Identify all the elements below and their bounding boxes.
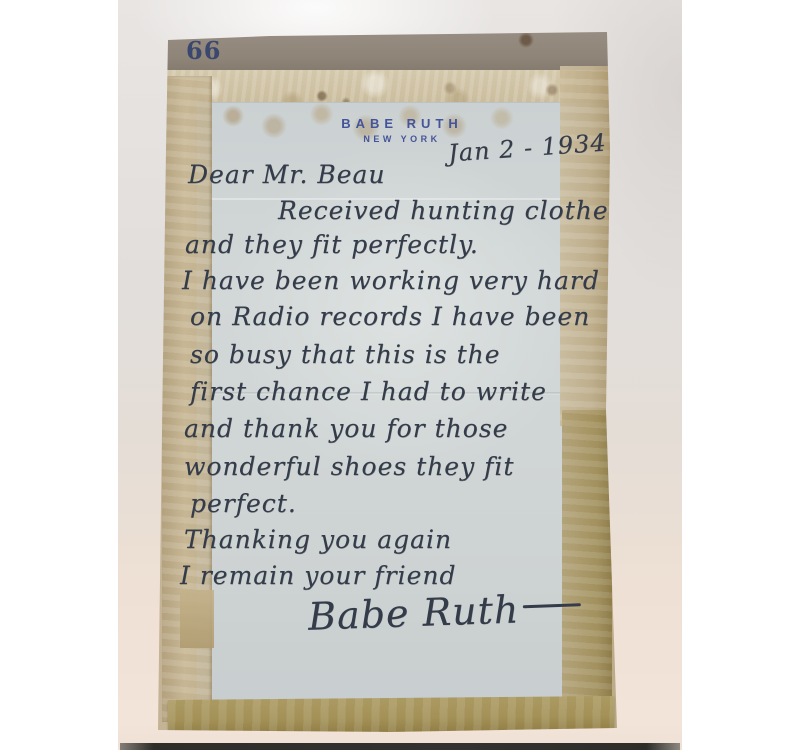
page-number: 66 <box>186 36 221 65</box>
letter-line: so busy that this is the <box>190 340 501 369</box>
letter-line: and thank you for those <box>184 414 508 443</box>
letter-line: wonderful shoes they fit <box>184 452 514 481</box>
letter-line: Thanking you again <box>184 525 452 554</box>
letter-line: I remain your friend <box>180 561 457 590</box>
letter-line: Received hunting clothes <box>278 196 623 225</box>
photo-of-letter: 66 BABE RUTH NEW YORK Jan 2 - 1934 Dear … <box>0 0 800 750</box>
scrapbook-page: 66 BABE RUTH NEW YORK Jan 2 - 1934 Dear … <box>150 30 618 732</box>
letter-line: on Radio records I have been <box>190 302 590 331</box>
letter-line: and they fit perfectly. <box>185 230 479 259</box>
tape-strip-right-lower <box>562 410 612 710</box>
tape-patch-left <box>180 590 214 648</box>
letter-line: perfect. <box>190 489 297 518</box>
letterhead-name: BABE RUTH <box>196 116 608 131</box>
letter-line: I have been working very hard <box>182 266 600 295</box>
photo-bottom-edge <box>120 743 680 750</box>
letter-line: first chance I had to write <box>190 377 547 406</box>
letter-line: Dear Mr. Beau <box>188 160 386 189</box>
